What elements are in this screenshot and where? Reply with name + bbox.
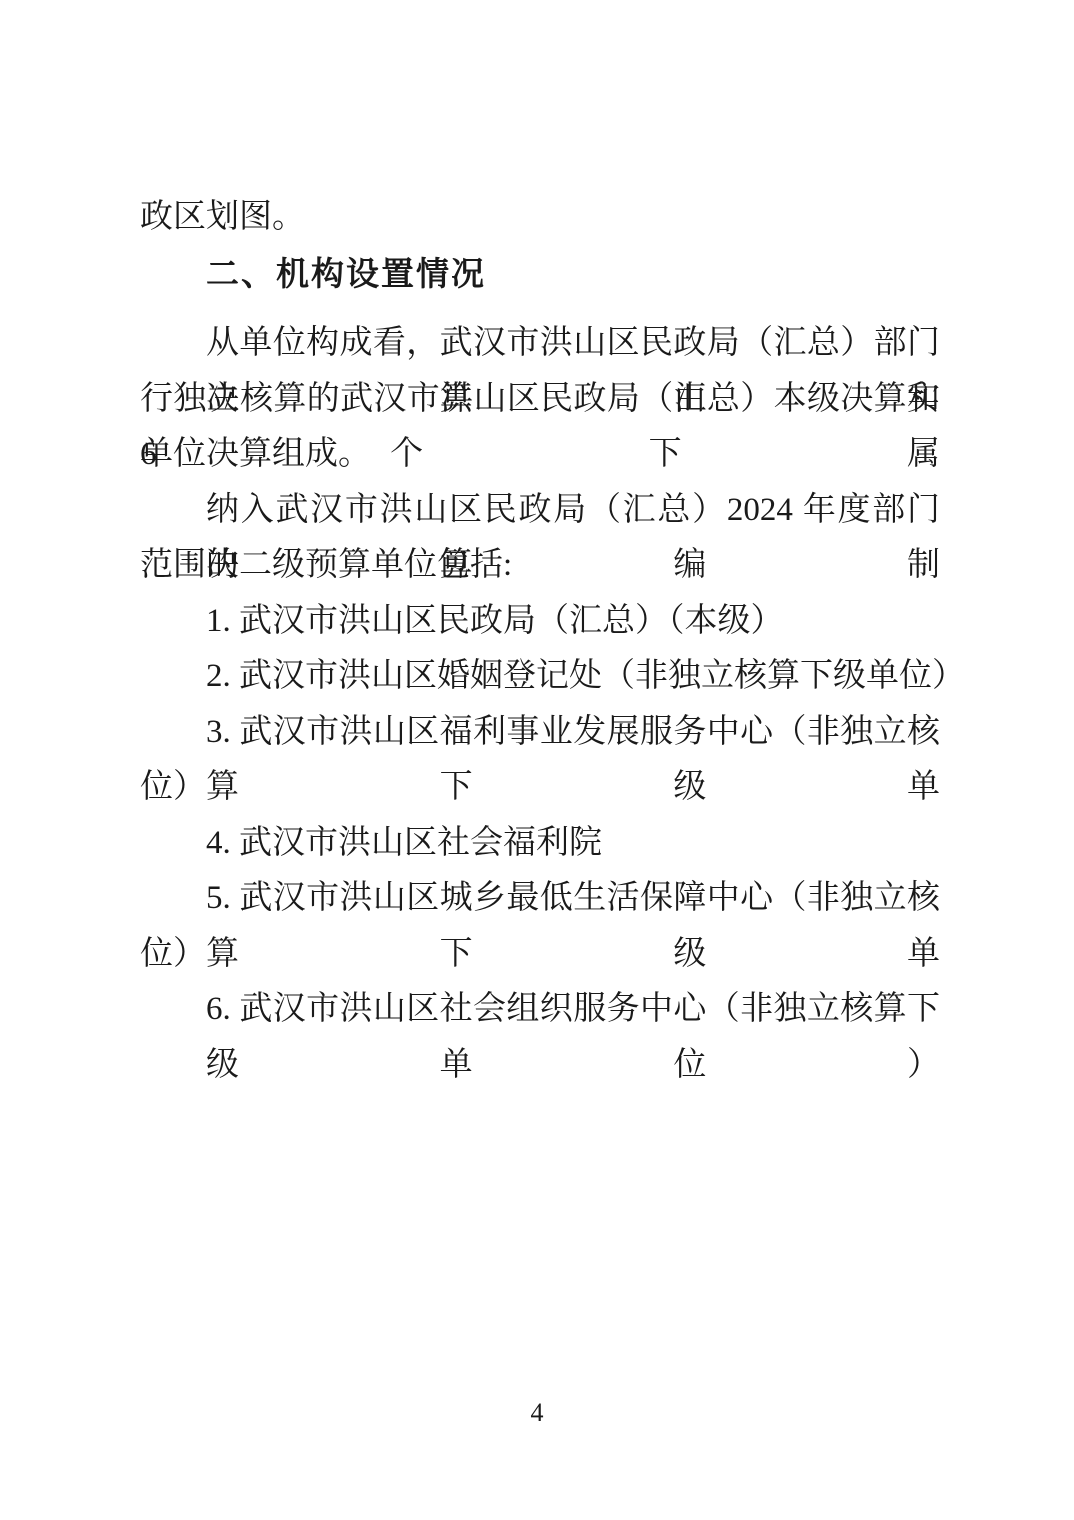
section-heading: 二、机构设置情况 [140,246,940,302]
continuation-text-line: 政区划图。 [140,190,940,246]
paragraph-line: 行独立核算的武汉市洪山区民政局（汇总）本级决算和 6 个下属 [140,372,940,428]
list-item-3: 3. 武汉市洪山区福利事业发展服务中心（非独立核算下级单 [140,705,940,761]
list-item-4: 4. 武汉市洪山区社会福利院 [140,816,940,872]
paragraph-line: 纳入武汉市洪山区民政局（汇总）2024 年度部门决算编制 [140,483,940,539]
document-body: 政区划图。 二、机构设置情况 从单位构成看，武汉市洪山区民政局（汇总）部门决算由… [140,190,940,1038]
list-item-2: 2. 武汉市洪山区婚姻登记处（非独立核算下级单位） [140,649,940,705]
page-number: 4 [0,1398,1074,1428]
list-item-5: 5. 武汉市洪山区城乡最低生活保障中心（非独立核算下级单 [140,871,940,927]
list-item-6: 6. 武汉市洪山区社会组织服务中心（非独立核算下级单位） [140,982,940,1038]
document-page: 政区划图。 二、机构设置情况 从单位构成看，武汉市洪山区民政局（汇总）部门决算由… [0,0,1074,1520]
paragraph-line: 从单位构成看，武汉市洪山区民政局（汇总）部门决算由实 [140,316,940,372]
list-item-1: 1. 武汉市洪山区民政局（汇总）（本级） [140,594,940,650]
